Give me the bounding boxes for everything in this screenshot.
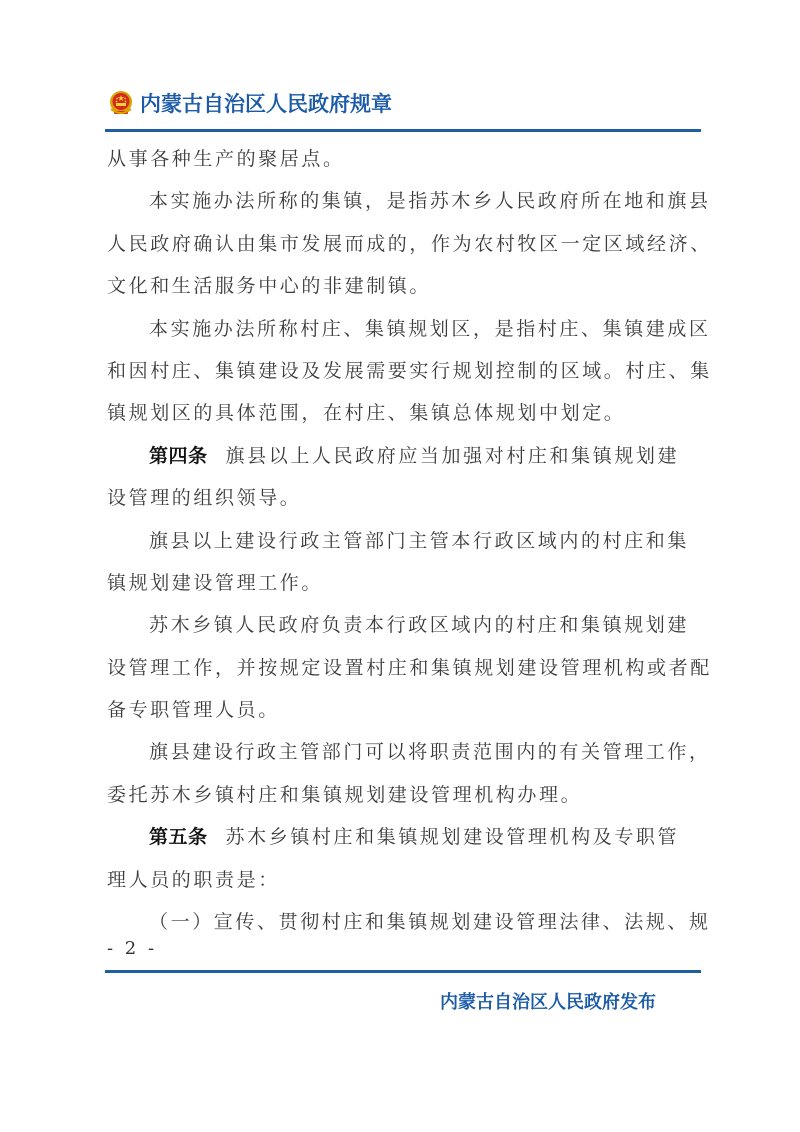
- body-line: 和因村庄、集镇建设及发展需要实行规划控制的区域。村庄、集: [107, 350, 703, 392]
- page-number: - 2 -: [107, 938, 157, 959]
- body-line: 镇规划建设管理工作。: [107, 562, 703, 604]
- body-line: 镇规划区的具体范围，在村庄、集镇总体规划中划定。: [107, 392, 703, 434]
- body-line: （一）宣传、贯彻村庄和集镇规划建设管理法律、法规、规: [107, 901, 703, 943]
- line-text: 从事各种生产的聚居点。: [107, 148, 345, 170]
- footer-publisher: 内蒙古自治区人民政府发布: [440, 990, 656, 1016]
- line-text: 和因村庄、集镇建设及发展需要实行规划控制的区域。村庄、集: [107, 360, 712, 382]
- line-text: 备专职管理人员。: [107, 699, 280, 721]
- line-text: 本实施办法所称的集镇，是指苏木乡人民政府所在地和旗县: [149, 190, 711, 212]
- body-line: 旗县以上建设行政主管部门主管本行政区域内的村庄和集: [107, 520, 703, 562]
- header-title: 内蒙古自治区人民政府规章: [140, 86, 392, 122]
- line-text: 本实施办法所称村庄、集镇规划区，是指村庄、集镇建成区: [149, 318, 711, 340]
- line-text: 旗县以上建设行政主管部门主管本行政区域内的村庄和集: [149, 530, 689, 552]
- document-header: 内蒙古自治区人民政府规章: [106, 86, 392, 122]
- body-line: 设管理工作，并按规定设置村庄和集镇规划建设管理机构或者配: [107, 647, 703, 689]
- body-line: 文化和生活服务中心的非建制镇。: [107, 265, 703, 307]
- line-text: 苏木乡镇人民政府负责本行政区域内的村庄和集镇规划建: [149, 614, 689, 636]
- line-text: 委托苏木乡镇村庄和集镇规划建设管理机构办理。: [107, 784, 582, 806]
- footer-divider: [105, 970, 701, 973]
- line-text: 旗县以上人民政府应当加强对村庄和集镇规划建: [226, 445, 680, 467]
- article-4-heading-line: 第四条旗县以上人民政府应当加强对村庄和集镇规划建: [107, 435, 703, 477]
- body-line: 苏木乡镇人民政府负责本行政区域内的村庄和集镇规划建: [107, 604, 703, 646]
- body-line: 备专职管理人员。: [107, 689, 703, 731]
- line-text: 设管理工作，并按规定设置村庄和集镇规划建设管理机构或者配: [107, 657, 712, 679]
- line-text: 旗县建设行政主管部门可以将职责范围内的有关管理工作，: [149, 741, 711, 763]
- body-line: 设管理的组织领导。: [107, 477, 703, 519]
- body-line: 本实施办法所称的集镇，是指苏木乡人民政府所在地和旗县: [107, 180, 703, 222]
- body-line: 理人员的职责是：: [107, 859, 703, 901]
- body-line: 人民政府确认由集市发展而成的，作为农村牧区一定区域经济、: [107, 223, 703, 265]
- body-line: 本实施办法所称村庄、集镇规划区，是指村庄、集镇建成区: [107, 308, 703, 350]
- line-text: 镇规划区的具体范围，在村庄、集镇总体规划中划定。: [107, 402, 625, 424]
- body-line: 委托苏木乡镇村庄和集镇规划建设管理机构办理。: [107, 774, 703, 816]
- document-page: 内蒙古自治区人民政府规章 从事各种生产的聚居点。 本实施办法所称的集镇，是指苏木…: [0, 0, 800, 1132]
- article-number: 第四条: [149, 445, 208, 467]
- article-5-heading-line: 第五条苏木乡镇村庄和集镇规划建设管理机构及专职管: [107, 816, 703, 858]
- article-number: 第五条: [149, 826, 208, 848]
- line-text: （一）宣传、贯彻村庄和集镇规划建设管理法律、法规、规: [149, 911, 711, 933]
- line-text: 设管理的组织领导。: [107, 487, 301, 509]
- body-line: 旗县建设行政主管部门可以将职责范围内的有关管理工作，: [107, 731, 703, 773]
- document-body: 从事各种生产的聚居点。 本实施办法所称的集镇，是指苏木乡人民政府所在地和旗县 人…: [107, 138, 703, 943]
- line-text: 镇规划建设管理工作。: [107, 572, 323, 594]
- body-line: 从事各种生产的聚居点。: [107, 138, 703, 180]
- line-text: 苏木乡镇村庄和集镇规划建设管理机构及专职管: [226, 826, 680, 848]
- line-text: 理人员的职责是：: [107, 869, 280, 891]
- line-text: 人民政府确认由集市发展而成的，作为农村牧区一定区域经济、: [107, 233, 712, 255]
- national-emblem-icon: [106, 89, 136, 119]
- header-divider: [105, 129, 701, 132]
- line-text: 文化和生活服务中心的非建制镇。: [107, 275, 431, 297]
